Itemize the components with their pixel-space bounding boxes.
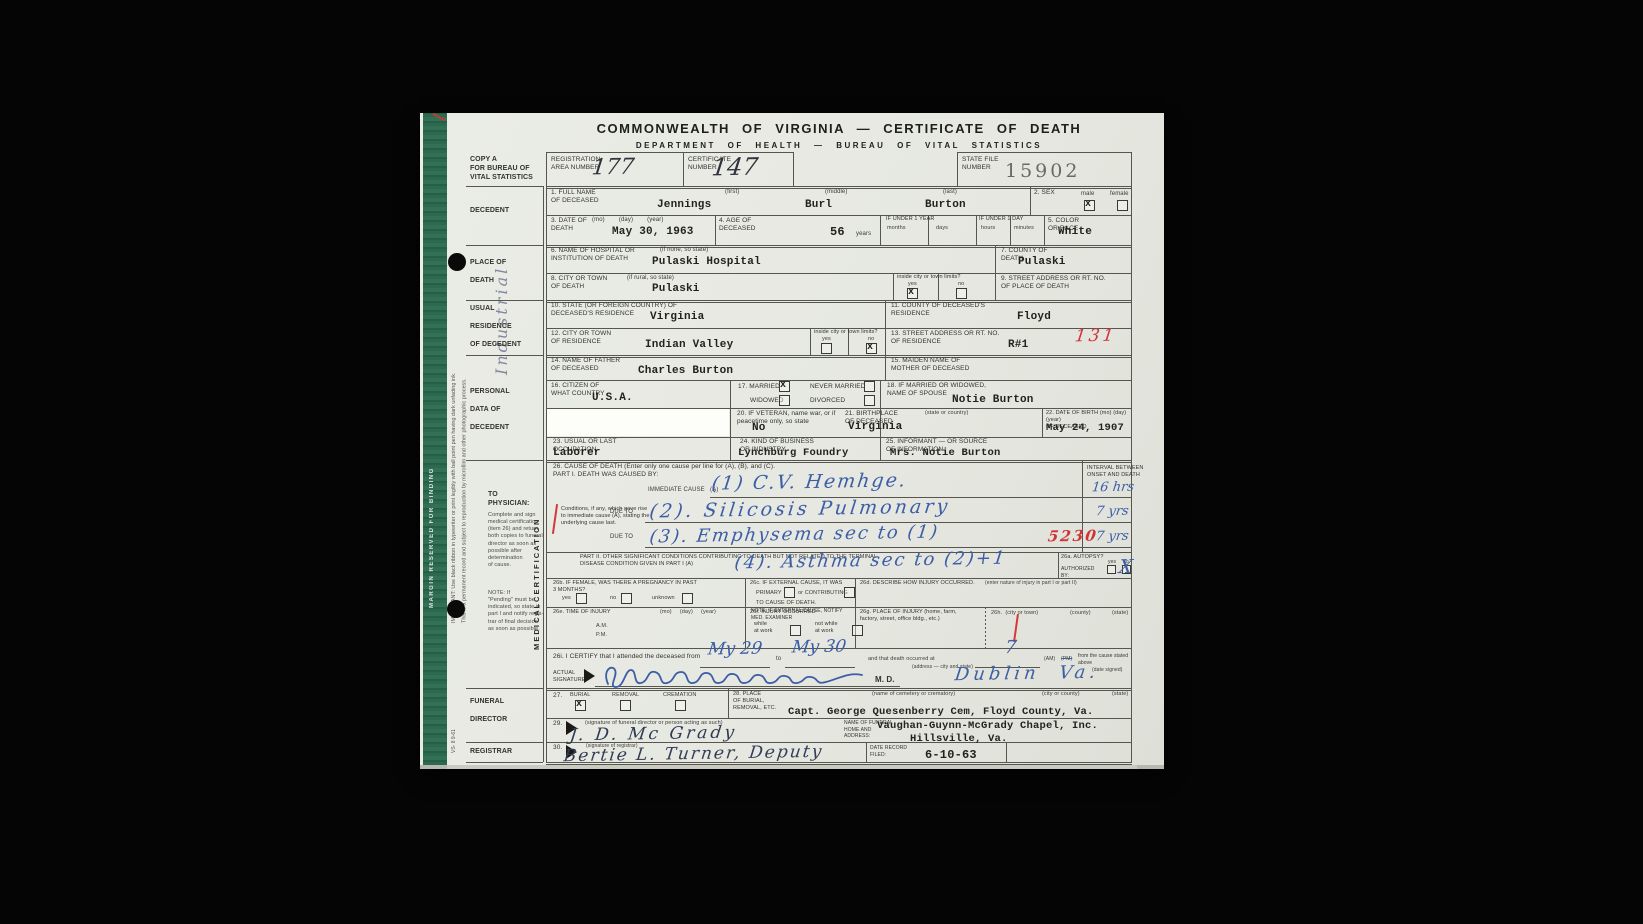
field-26i-am: (AM) <box>1044 656 1055 662</box>
field-26e-label: 26e. TIME OF INJURY <box>553 609 611 616</box>
under-1-day-minutes: minutes <box>1014 225 1034 231</box>
field-1-value-middle: Burl <box>805 199 832 211</box>
checkbox-pregnancy-unknown <box>682 593 693 604</box>
field-1-label: 1. FULL NAME OF DECEASED <box>551 189 599 206</box>
field-13-red-annotation: 131 <box>1074 326 1118 347</box>
field-29-num: 29. <box>553 720 562 728</box>
field-4-unit: years <box>856 231 871 237</box>
field-6-value: Pulaski Hospital <box>652 256 761 268</box>
field-26a-authorized-label: AUTHORIZED BY: <box>1061 566 1095 579</box>
field-10-value: Virginia <box>650 311 704 323</box>
field-8-label: 8. CITY OR TOWN OF DEATH <box>551 275 607 292</box>
field-27-num: 27. <box>553 692 562 700</box>
field-8-no-cap: no <box>958 281 964 287</box>
physician-signature-scribble <box>600 662 870 690</box>
field-6-cap: (if none, so state) <box>660 247 708 253</box>
field-26h-county-cap: (county) <box>1070 610 1091 616</box>
interval-b-value: 7 yrs <box>1095 504 1130 520</box>
checkbox-divorced <box>864 395 875 406</box>
field-11-label: 11. COUNTY OF DECEASED'S RESIDENCE <box>891 302 985 319</box>
checkbox-never-married <box>864 381 875 392</box>
section-label-usual-residence: USUAL RESIDENCE OF DECEDENT <box>470 304 521 349</box>
checkbox-external-primary <box>784 587 795 598</box>
section-label-funeral-director: FUNERAL DIRECTOR <box>470 697 507 724</box>
field-1-value-last: Burton <box>925 199 966 211</box>
field-15-label: 15. MAIDEN NAME OF MOTHER OF DECEASED <box>891 357 969 374</box>
to-physician-label: TO PHYSICIAN: <box>488 490 529 508</box>
field-18-value: Notie Burton <box>952 394 1034 406</box>
state-file-number-value: 15902 <box>1005 160 1080 182</box>
field-26c-to-cause-cap: TO CAUSE OF DEATH. <box>756 600 816 606</box>
field-14-value: Charles Burton <box>638 365 733 377</box>
copy-a-label: COPY A FOR BUREAU OF VITAL STATISTICS <box>470 155 533 182</box>
field-2-cap-male: male <box>1081 191 1094 197</box>
field-28-label: 28. PLACE OF BURIAL, REMOVAL, ETC. <box>733 691 776 712</box>
field-2-label: 2. SEX <box>1034 189 1055 197</box>
signature-arrow-icon <box>584 669 595 683</box>
field-26b-yes-cap: yes <box>562 595 571 601</box>
field-8-value: Pulaski <box>652 283 700 295</box>
field-17-never-married-label: NEVER MARRIED <box>810 383 865 391</box>
death-certificate-document: MARGIN RESERVED FOR BINDING IMPORTANT: U… <box>420 113 1164 765</box>
field-17-married-label: 17. MARRIED <box>738 383 780 391</box>
field-26b-no-cap: no <box>610 595 616 601</box>
checkbox-sex-female <box>1117 200 1128 211</box>
checkbox-injury-not-at-work <box>852 625 863 636</box>
field-26f-not-while-label: not while at work <box>815 621 838 635</box>
checkbox-death-inside-limits-no <box>956 288 967 299</box>
field-23-value: Laborer <box>553 447 601 459</box>
field-26h-state-cap: (state) <box>1112 610 1128 616</box>
field-29-home-city: Hillsville, Va. <box>910 733 1008 745</box>
medical-certification-vertical-label: M E D I C A L C E R T I F I C A T I O N <box>532 465 541 650</box>
checkbox-autopsy-yes <box>1107 565 1116 574</box>
field-26c-primary-cap: PRIMARY <box>756 590 782 596</box>
certify-to-handwriting: My 30 <box>791 637 848 658</box>
field-26c-label: 26c. IF EXTERNAL CAUSE, IT WAS <box>750 580 850 587</box>
registration-area-number-value: 177 <box>590 155 635 181</box>
field-26e-am: A.M. <box>596 623 608 629</box>
field-26i-pre: 26i. I CERTIFY that I attended the decea… <box>553 653 700 661</box>
field-28-city-cap: (city or county) <box>1042 691 1080 697</box>
field-3-label: 3. DATE OF DEATH <box>551 217 587 234</box>
field-26a-label: 26a. AUTOPSY? <box>1061 554 1103 561</box>
under-1-year-months: months <box>887 225 906 231</box>
interval-a-value: 16 hrs <box>1091 480 1135 496</box>
field-30-date-label: DATE RECORD FILED: <box>870 745 907 758</box>
field-4-label: 4. AGE OF DECEASED <box>719 217 756 234</box>
autopsy-no-handwritten-x: X <box>1118 556 1134 578</box>
field-28-name-cap: (name of cemetery or crematory) <box>872 691 955 697</box>
field-14-label: 14. NAME OF FATHER OF DECEASED <box>551 357 620 374</box>
field-27-burial-cap: BURIAL <box>570 692 590 698</box>
under-1-day-label: IF UNDER 1 DAY <box>979 216 1049 223</box>
field-9-label: 9. STREET ADDRESS OR RT. NO. OF PLACE OF… <box>1001 275 1106 292</box>
field-1-cap-last: (last) <box>943 189 957 195</box>
field-3-value: May 30, 1963 <box>612 226 694 238</box>
field-26c-contributing-cap: or CONTRIBUTING <box>798 590 848 596</box>
checkbox-married: x <box>779 381 790 392</box>
under-1-year-days: days <box>936 225 948 231</box>
interval-c-value: 7 yrs <box>1095 529 1130 545</box>
field-11-value: Floyd <box>1017 311 1051 323</box>
form-subtitle: DEPARTMENT OF HEALTH — BUREAU OF VITAL S… <box>546 141 1132 150</box>
field-5-value: White <box>1058 226 1092 238</box>
field-12-label: 12. CITY OR TOWN OF RESIDENCE <box>551 330 611 347</box>
checkbox-external-contributing <box>844 587 855 598</box>
field-12-value: Indian Valley <box>645 339 733 351</box>
redaction-whiteout-box <box>547 409 729 436</box>
field-26d-label: 26d. DESCRIBE HOW INJURY OCCURRED. <box>860 580 975 587</box>
field-21-cap: (state or country) <box>925 410 968 416</box>
checkbox-cremation <box>675 700 686 711</box>
due-to-c-label: DUE TO <box>610 534 633 540</box>
field-26b-unknown-cap: unknown <box>652 595 675 601</box>
field-26e-pm: P.M. <box>596 632 607 638</box>
field-27-cremation-cap: CREMATION <box>663 692 697 698</box>
checkbox-pregnancy-no <box>621 593 632 604</box>
field-28-value: Capt. George Quesenberry Cem, Floyd Coun… <box>788 706 1094 718</box>
field-28-state-cap: (state) <box>1112 691 1128 697</box>
field-26d-cap: (enter nature of injury in part I or par… <box>985 580 1077 586</box>
field-26e-caps: (mo) (day) (year) <box>660 609 716 615</box>
field-16-value: U.S.A. <box>592 392 633 404</box>
field-26f-while-label: while at work <box>754 621 772 635</box>
field-12-yes-cap: yes <box>822 336 831 342</box>
field-20-value: No <box>752 422 766 434</box>
section-label-place-of-death: PLACE OF DEATH <box>470 258 506 285</box>
md-label: M. D. <box>875 675 895 685</box>
field-30-num: 30. <box>553 744 562 752</box>
field-26-conditions-note: Conditions, if any, which gave rise to i… <box>561 506 649 527</box>
cause-a-handwriting: (1) C.V. Hemhge. <box>710 469 908 494</box>
field-26-immediate-cause-label: IMMEDIATE CAUSE (A) <box>648 487 718 493</box>
field-4-value: 56 <box>830 225 845 239</box>
checkbox-pregnancy-yes <box>576 593 587 604</box>
red-code-5230: 5230 <box>1047 527 1099 546</box>
checkbox-sex-male: x <box>1084 200 1095 211</box>
checkbox-residence-inside-limits-no: x <box>866 343 877 354</box>
field-30-date-value: 6-10-63 <box>925 748 977 762</box>
under-1-day-hours: hours <box>981 225 995 231</box>
field-22-value: May 24, 1907 <box>1046 422 1124 434</box>
checkbox-removal <box>620 700 631 711</box>
field-26g-label: 26g. PLACE OF INJURY (home, farm, factor… <box>860 609 957 623</box>
field-1-value-first: Jennings <box>657 199 711 211</box>
field-21-value: Virginia <box>848 421 902 433</box>
field-13-label: 13. STREET ADDRESS OR RT. NO. OF RESIDEN… <box>891 330 1000 347</box>
field-1-cap-first: (first) <box>725 189 739 195</box>
section-label-personal-data: PERSONAL DATA OF DECEDENT <box>470 387 510 432</box>
field-26i-pm: (PM) <box>1061 656 1072 662</box>
checkbox-death-inside-limits-yes: x <box>907 288 918 299</box>
page-under-sliver <box>447 765 1137 769</box>
field-26i-mid: and that death occurred at <box>868 656 935 662</box>
field-2-cap-female: female <box>1110 191 1129 197</box>
field-8-cap: (if rural, so state) <box>627 275 674 281</box>
field-26f-label: 26f. INJURY OCCURRED <box>750 609 816 616</box>
field-1-cap-middle: (middle) <box>825 189 847 195</box>
field-13-value: R#1 <box>1008 339 1028 351</box>
field-25-value: Mrs. Notie Burton <box>890 447 1001 459</box>
field-29-home-name: Vaughan-Guynn-McGrady Chapel, Inc. <box>877 720 1098 732</box>
interval-header: INTERVAL BETWEEN ONSET AND DEATH <box>1087 465 1144 479</box>
field-17-divorced-label: DIVORCED <box>810 397 845 405</box>
under-1-year-label: IF UNDER 1 YEAR <box>886 216 976 223</box>
field-27-removal-cap: REMOVAL <box>612 692 639 698</box>
actual-signature-label: ACTUAL SIGNATURE <box>553 670 586 684</box>
section-label-decedent: DECEDENT <box>470 206 509 215</box>
form-title: COMMONWEALTH OF VIRGINIA — CERTIFICATE O… <box>546 121 1132 136</box>
checkbox-injury-at-work <box>790 625 801 636</box>
checkbox-burial: x <box>575 700 586 711</box>
certify-from-handwriting: My 29 <box>707 639 764 660</box>
checkbox-residence-inside-limits-yes <box>821 343 832 354</box>
checkbox-widowed <box>779 395 790 406</box>
physician-address-handwriting: Dublin Va. <box>954 662 1101 686</box>
field-26h-city-cap: 26h. (city or town) <box>991 610 1038 616</box>
state-file-number-label: STATE FILE NUMBER <box>962 156 999 173</box>
field-3-caps: (mo) (day) (year) <box>592 217 663 223</box>
field-24-value: Lynchburg Foundry <box>738 447 849 459</box>
field-6-label: 6. NAME OF HOSPITAL OR INSTITUTION OF DE… <box>551 247 635 264</box>
certificate-number-value: 147 <box>710 153 759 182</box>
field-7-value: Pulaski <box>1018 256 1066 268</box>
section-label-registrar: REGISTRAR <box>470 747 512 756</box>
